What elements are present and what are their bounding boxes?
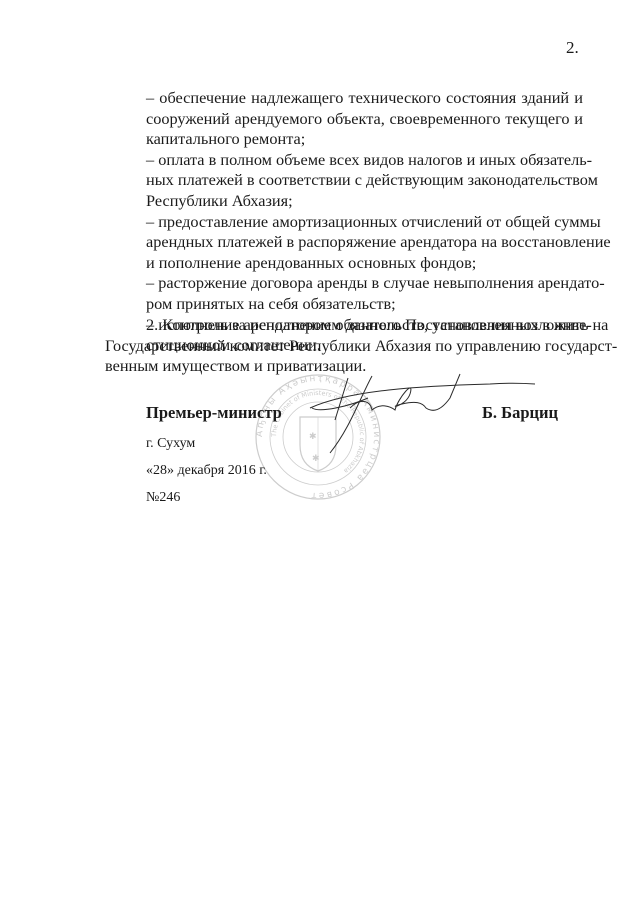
paragraph-line: Государственный комитет Республики Абхаз… bbox=[105, 336, 583, 357]
signatory-name: Б. Барциц bbox=[482, 403, 558, 423]
document-number: №246 bbox=[146, 490, 180, 506]
issue-date: «28» декабря 2016 г. bbox=[146, 463, 267, 479]
issue-city: г. Сухум bbox=[146, 436, 195, 452]
list-line: – расторжение договора аренды в случае н… bbox=[146, 273, 583, 294]
page-number: 2. bbox=[566, 38, 579, 58]
list-line: и пополнение арендованных основных фондо… bbox=[146, 253, 583, 274]
signatory-title: Премьер-министр bbox=[146, 403, 282, 423]
list-line: – оплата в полном объеме всех видов нало… bbox=[146, 150, 583, 171]
list-line: – обеспечение надлежащего технического с… bbox=[146, 88, 583, 109]
list-line: Республики Абхазия; bbox=[146, 191, 583, 212]
list-line: ных платежей в соответствии с действующи… bbox=[146, 170, 583, 191]
list-line: сооружений арендуемого объекта, своеврем… bbox=[146, 109, 583, 130]
list-line: капитального ремонта; bbox=[146, 129, 583, 150]
list-line: ром принятых на себя обязательств; bbox=[146, 294, 583, 315]
paragraph-line: 2. Контроль за исполнением данного Поста… bbox=[105, 315, 583, 336]
list-line: арендных платежей в распоряжение арендат… bbox=[146, 232, 583, 253]
list-line: – предоставление амортизационных отчисле… bbox=[146, 212, 583, 233]
